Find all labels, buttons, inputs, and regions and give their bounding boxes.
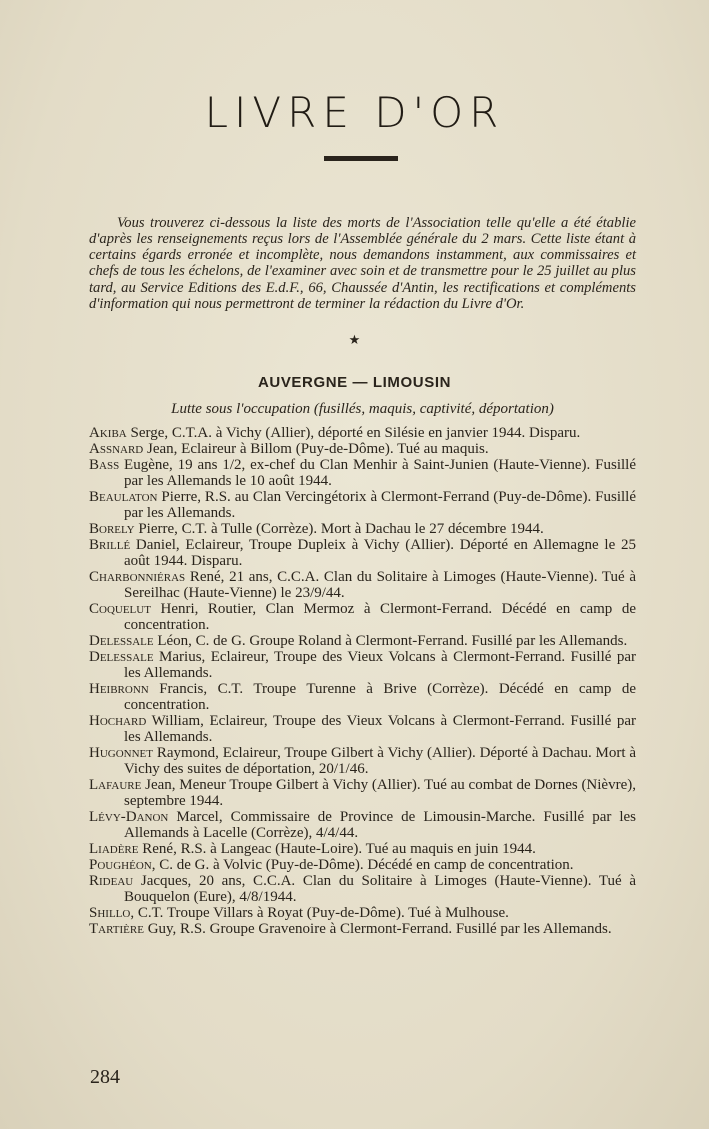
section-subtitle: Lutte sous l'occupation (fusillés, maqui…	[89, 401, 636, 418]
list-item: Coquelut Henri, Routier, Clan Mermoz à C…	[89, 601, 636, 633]
list-item: Shillo, C.T. Troupe Villars à Royat (Puy…	[89, 905, 636, 921]
surname: Bass	[89, 457, 119, 473]
surname: Rideau	[89, 873, 133, 889]
list-item: Lévy-Danon Marcel, Commissaire de Provin…	[89, 809, 636, 841]
list-item: Borely Pierre, C.T. à Tulle (Corrèze). M…	[89, 521, 636, 537]
surname: Assnard	[89, 441, 143, 457]
surname: Brillé	[89, 537, 130, 553]
entry-text: René, R.S. à Langeac (Haute-Loire). Tué …	[139, 841, 536, 857]
entry-text: Henri, Routier, Clan Mermoz à Clermont-F…	[124, 601, 636, 633]
surname: Delessale	[89, 649, 154, 665]
list-item: Poughéon, C. de G. à Volvic (Puy-de-Dôme…	[89, 857, 636, 873]
list-item: Hugonnet Raymond, Eclaireur, Troupe Gilb…	[89, 745, 636, 777]
entry-text: , C. de G. à Volvic (Puy-de-Dôme). Décéd…	[152, 857, 574, 873]
title-underline	[324, 156, 398, 161]
entry-text: Marius, Eclaireur, Troupe des Vieux Volc…	[124, 649, 636, 681]
page-title: LIVRE D'OR	[0, 88, 709, 137]
list-item: Tartière Guy, R.S. Groupe Gravenoire à C…	[89, 921, 636, 937]
list-item: Bass Eugène, 19 ans 1/2, ex-chef du Clan…	[89, 457, 636, 489]
surname: Hochard	[89, 713, 146, 729]
entry-text: Pierre, C.T. à Tulle (Corrèze). Mort à D…	[135, 521, 544, 537]
surname: Charbonniéras	[89, 569, 185, 585]
surname: Lévy-Danon	[89, 809, 168, 825]
entry-text: Léon, C. de G. Groupe Roland à Clermont-…	[154, 633, 628, 649]
region-heading: AUVERGNE — LIMOUSIN	[0, 374, 709, 391]
list-item: Brillé Daniel, Eclaireur, Troupe Dupleix…	[89, 537, 636, 569]
list-item: Charbonniéras René, 21 ans, C.C.A. Clan …	[89, 569, 636, 601]
list-item: Assnard Jean, Eclaireur à Billom (Puy-de…	[89, 441, 636, 457]
surname: Beaulaton	[89, 489, 157, 505]
list-item: Akiba Serge, C.T.A. à Vichy (Allier), dé…	[89, 425, 636, 441]
entry-text: Raymond, Eclaireur, Troupe Gilbert à Vic…	[124, 745, 636, 777]
entry-text: Marcel, Commissaire de Province de Limou…	[124, 809, 636, 841]
entry-text: Eugène, 19 ans 1/2, ex-chef du Clan Menh…	[119, 457, 636, 489]
surname: Tartière	[89, 921, 144, 937]
entry-text: Daniel, Eclaireur, Troupe Dupleix à Vich…	[124, 537, 636, 569]
list-item: Delessale Marius, Eclaireur, Troupe des …	[89, 649, 636, 681]
list-item: Beaulaton Pierre, R.S. au Clan Vercingét…	[89, 489, 636, 521]
list-item: Heibronn Francis, C.T. Troupe Turenne à …	[89, 681, 636, 713]
entry-text: Francis, C.T. Troupe Turenne à Brive (Co…	[124, 681, 636, 713]
list-item: Rideau Jacques, 20 ans, C.C.A. Clan du S…	[89, 873, 636, 905]
surname: Hugonnet	[89, 745, 153, 761]
surname: Coquelut	[89, 601, 151, 617]
star-separator-icon: ★	[0, 332, 709, 348]
list-item: Lafaure Jean, Meneur Troupe Gilbert à Vi…	[89, 777, 636, 809]
list-item: Liadère René, R.S. à Langeac (Haute-Loir…	[89, 841, 636, 857]
surname: Borely	[89, 521, 135, 537]
surname: Shillo	[89, 905, 130, 921]
entry-text: Jean, Eclaireur à Billom (Puy-de-Dôme). …	[143, 441, 488, 457]
page-number: 284	[90, 1066, 120, 1089]
entry-text: Pierre, R.S. au Clan Vercingétorix à Cle…	[124, 489, 636, 521]
entry-text: , C.T. Troupe Villars à Royat (Puy-de-Dô…	[130, 905, 509, 921]
entry-text: René, 21 ans, C.C.A. Clan du Solitaire à…	[124, 569, 636, 601]
memorial-list: Akiba Serge, C.T.A. à Vichy (Allier), dé…	[89, 425, 636, 937]
entry-text: Jacques, 20 ans, C.C.A. Clan du Solitair…	[124, 873, 636, 905]
document-page: LIVRE D'OR Vous trouverez ci-dessous la …	[0, 0, 709, 1129]
intro-paragraph: Vous trouverez ci-dessous la liste des m…	[89, 215, 636, 313]
entry-text: Serge, C.T.A. à Vichy (Allier), déporté …	[127, 425, 581, 441]
list-item: Delessale Léon, C. de G. Groupe Roland à…	[89, 633, 636, 649]
surname: Lafaure	[89, 777, 141, 793]
surname: Poughéon	[89, 857, 152, 873]
list-item: Hochard William, Eclaireur, Troupe des V…	[89, 713, 636, 745]
surname: Delessale	[89, 633, 154, 649]
surname: Liadère	[89, 841, 139, 857]
surname: Heibronn	[89, 681, 149, 697]
entry-text: Guy, R.S. Groupe Gravenoire à Clermont-F…	[144, 921, 612, 937]
entry-text: Jean, Meneur Troupe Gilbert à Vichy (All…	[124, 777, 636, 809]
surname: Akiba	[89, 425, 127, 441]
entry-text: William, Eclaireur, Troupe des Vieux Vol…	[124, 713, 636, 745]
